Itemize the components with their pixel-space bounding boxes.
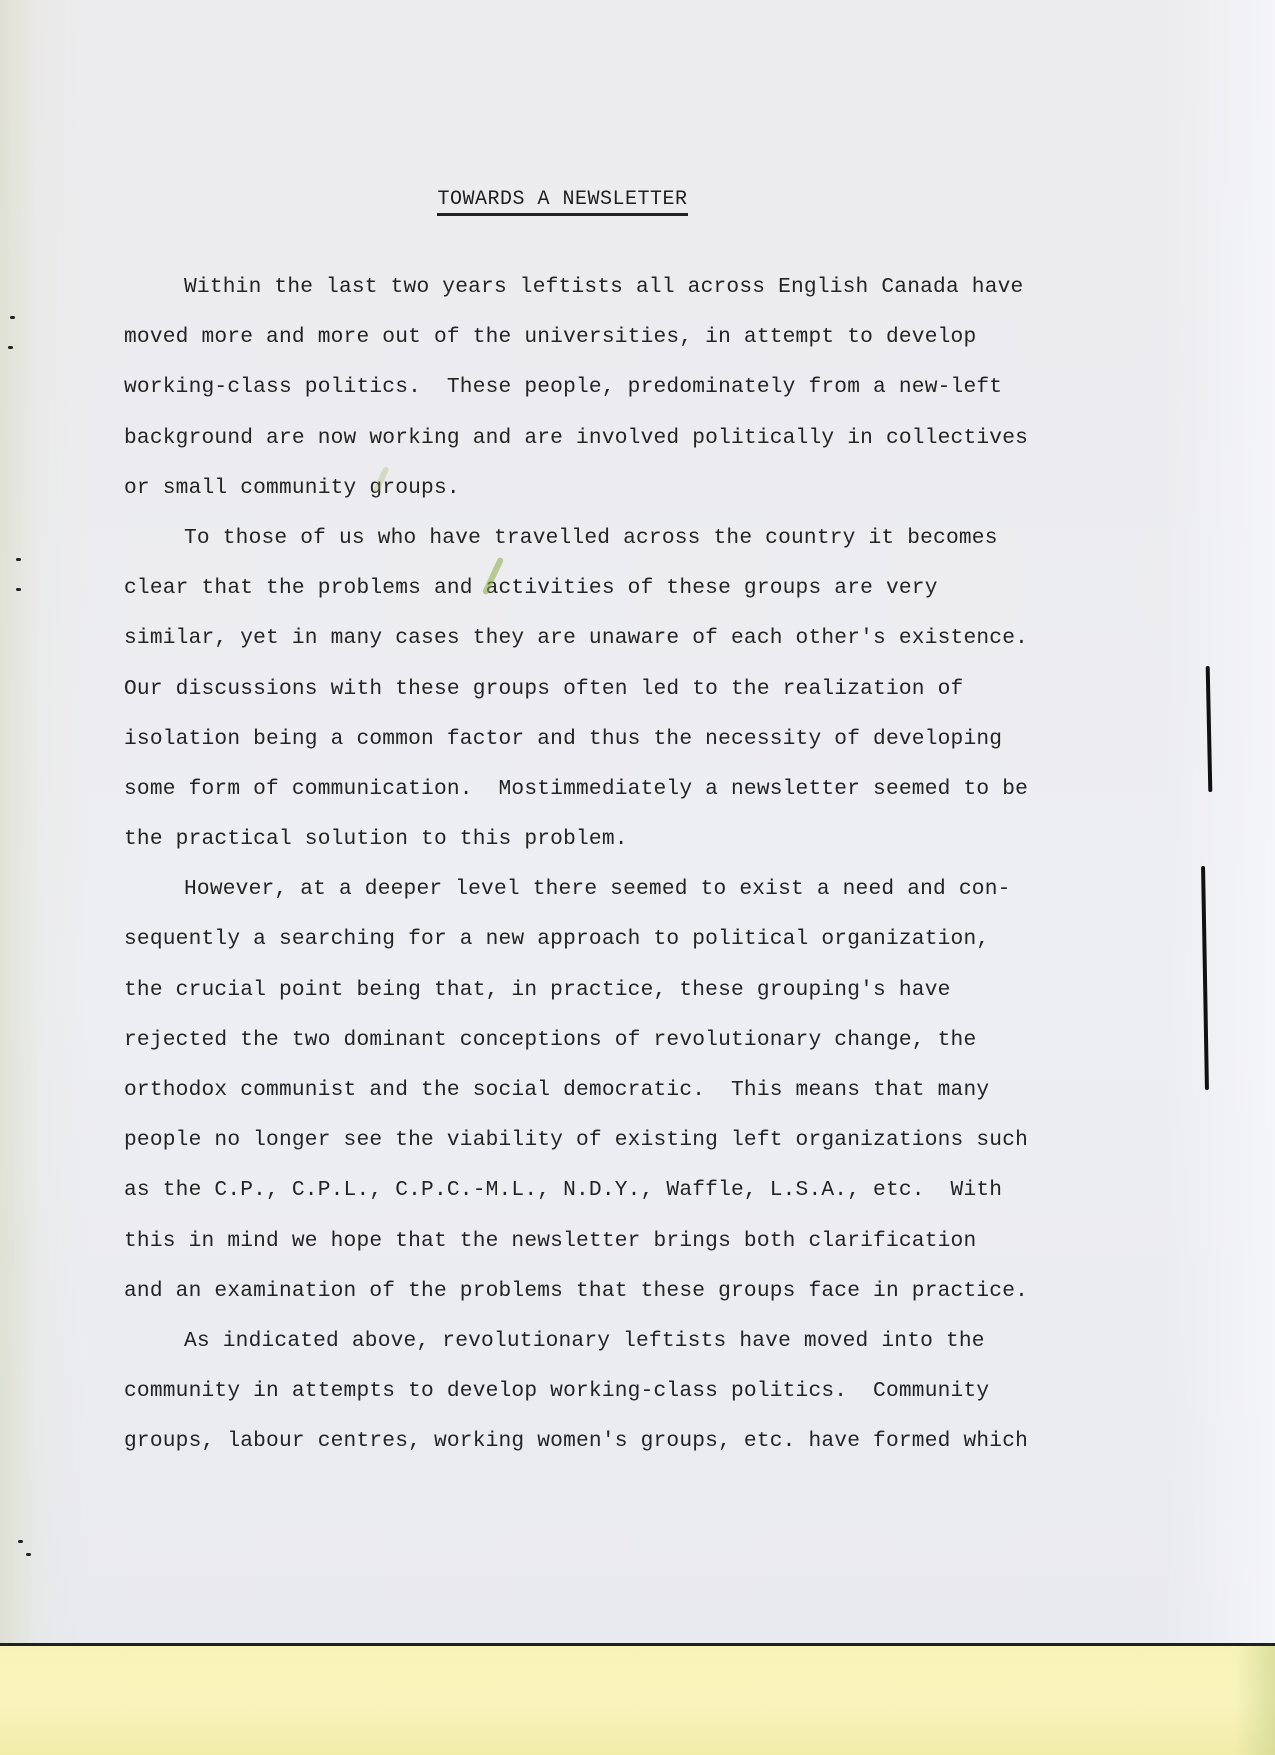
text-line: orthodox communist and the social democr…	[124, 1065, 1204, 1115]
text-line: people no longer see the viability of ex…	[124, 1115, 1204, 1165]
text-line: and an examination of the problems that …	[124, 1266, 1204, 1316]
text-line: moved more and more out of the universit…	[124, 312, 1204, 362]
text-line: as the C.P., C.P.L., C.P.C.-M.L., N.D.Y.…	[124, 1165, 1204, 1215]
text-line: the practical solution to this problem.	[124, 814, 1204, 864]
document-title: TOWARDS A NEWSLETTER	[0, 188, 1200, 211]
text-line: this in mind we hope that the newsletter…	[124, 1216, 1204, 1266]
text-line: sequently a searching for a new approach…	[124, 914, 1204, 964]
text-line: However, at a deeper level there seemed …	[124, 864, 1204, 914]
text-line: As indicated above, revolutionary leftis…	[124, 1316, 1204, 1366]
text-line: isolation being a common factor and thus…	[124, 714, 1204, 764]
text-line: similar, yet in many cases they are unaw…	[124, 613, 1204, 663]
paper-speck	[8, 346, 13, 349]
text-line: To those of us who have travelled across…	[124, 513, 1204, 563]
yellow-backing-sheet	[0, 1643, 1275, 1755]
text-line: the crucial point being that, in practic…	[124, 965, 1204, 1015]
paper-speck	[16, 558, 21, 561]
paper-speck	[16, 588, 21, 591]
text-line: or small community groups.	[124, 463, 1204, 513]
text-line: groups, labour centres, working women's …	[124, 1416, 1204, 1466]
backing-shading	[1235, 1646, 1275, 1755]
text-line: rejected the two dominant conceptions of…	[124, 1015, 1204, 1065]
text-line: working-class politics. These people, pr…	[124, 362, 1204, 412]
text-line: Our discussions with these groups often …	[124, 664, 1204, 714]
document-body: Within the last two years leftists all a…	[124, 262, 1204, 1467]
paper-speck	[18, 1540, 23, 1543]
text-line: clear that the problems and activities o…	[124, 563, 1204, 613]
text-line: background are now working and are invol…	[124, 413, 1204, 463]
paper-speck	[26, 1553, 31, 1556]
text-line: community in attempts to develop working…	[124, 1366, 1204, 1416]
text-line: some form of communication. Mostimmediat…	[124, 764, 1204, 814]
text-line: Within the last two years leftists all a…	[124, 262, 1204, 312]
paper-speck	[10, 316, 15, 319]
document-title-text: TOWARDS A NEWSLETTER	[437, 188, 687, 216]
